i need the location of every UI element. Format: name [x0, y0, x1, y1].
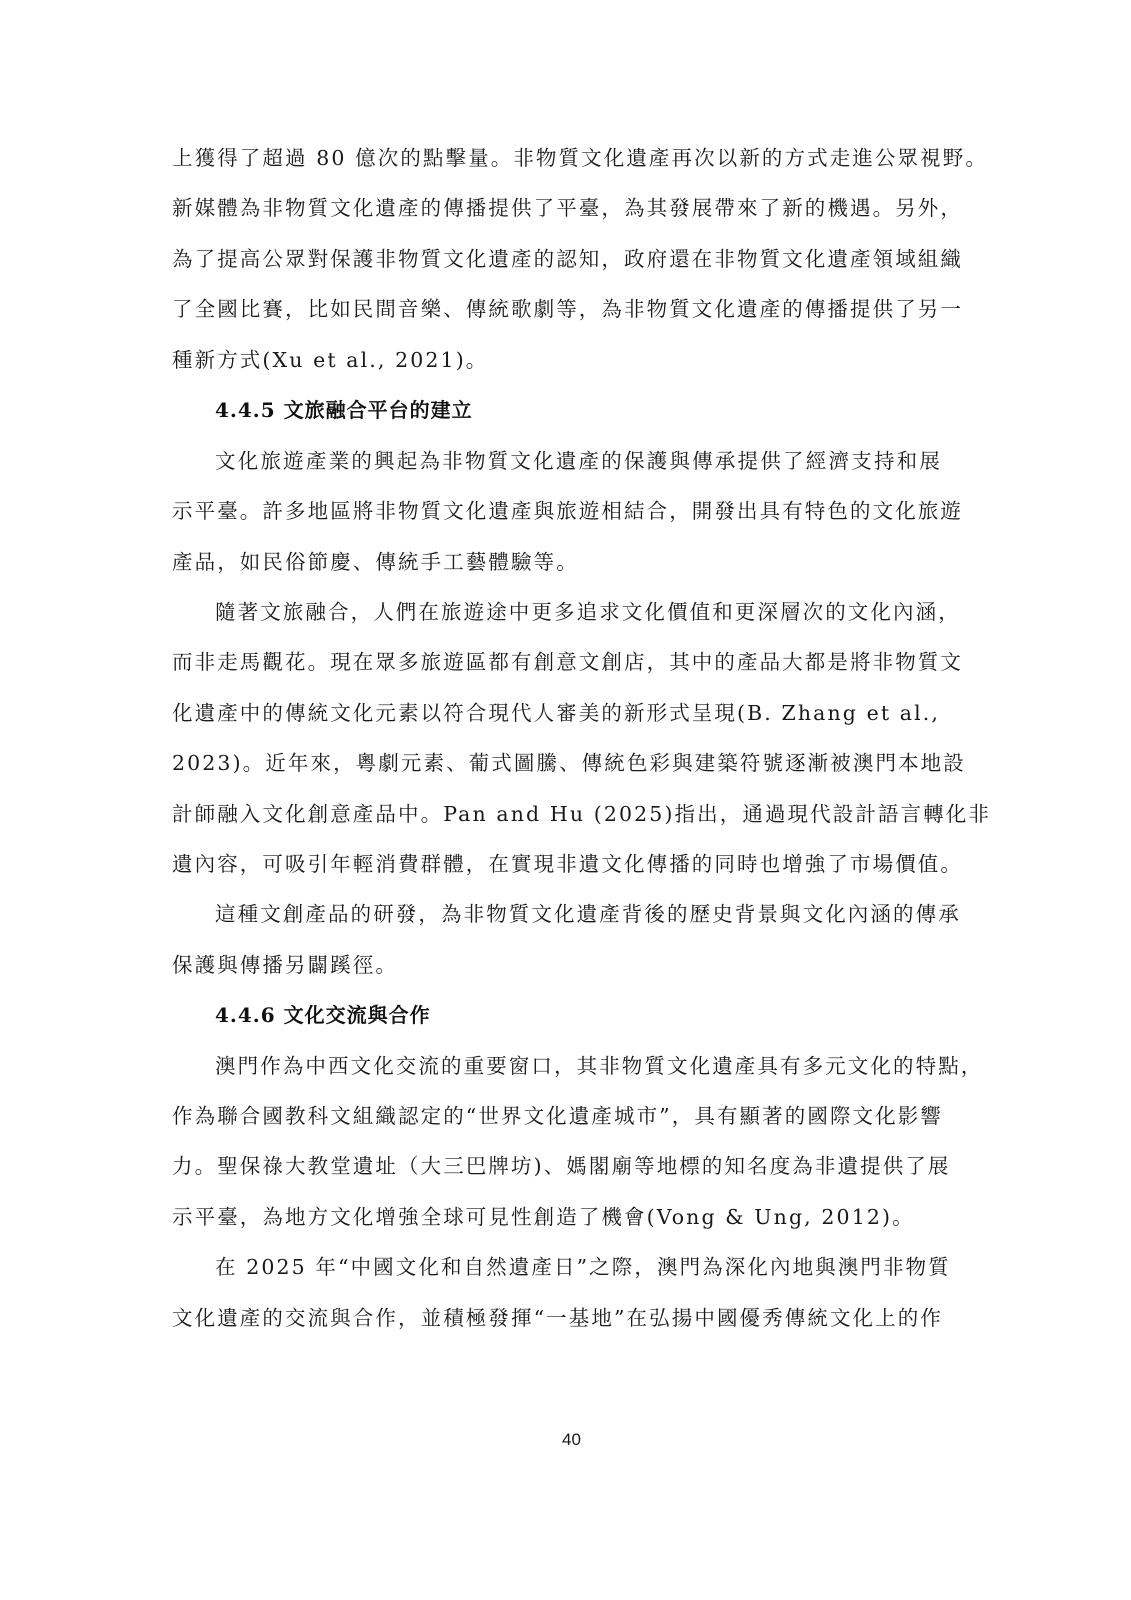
- body-text-line: 化遺產中的傳統文化元素以符合現代人審美的新形式呈現(B. Zhang et al…: [172, 696, 940, 730]
- body-text-line: 隨著文旅融合，人們在旅遊途中更多追求文化價值和更深層次的文化內涵，: [215, 595, 942, 629]
- body-text-line: 示平臺，為地方文化增強全球可見性創造了機會(Vong & Ung, 2012)。: [172, 1200, 915, 1234]
- section-heading-4-4-5: 4.4.5 文旅融合平台的建立: [215, 393, 473, 427]
- body-text-line: 這種文創產品的研發，為非物質文化遺產背後的歷史背景與文化內涵的傳承: [215, 897, 942, 931]
- body-text-line: 了全國比賽，比如民間音樂、傳統歌劇等，為非物質文化遺產的傳播提供了另一: [172, 292, 942, 326]
- body-text-line: 計師融入文化創意產品中。Pan and Hu (2025)指出，通過現代設計語言…: [172, 797, 942, 831]
- body-text-line: 在 2025 年“中國文化和自然遺產日”之際，澳門為深化內地與澳門非物質: [215, 1250, 942, 1284]
- body-text-line: 作為聯合國教科文組織認定的“世界文化遺產城市”，具有顯著的國際文化影響: [172, 1099, 942, 1133]
- body-text-line: 2023)。近年來，粵劇元素、葡式圖騰、傳統色彩與建築符號逐漸被澳門本地設: [172, 746, 942, 780]
- body-text-line: 上獲得了超過 80 億次的點擊量。非物質文化遺產再次以新的方式走進公眾視野。: [172, 141, 942, 175]
- body-text-line: 新媒體為非物質文化遺產的傳播提供了平臺，為其發展帶來了新的機遇。另外，: [172, 191, 942, 225]
- body-text-line: 文化遺產的交流與合作，並積極發揮“一基地”在弘揚中國優秀傳統文化上的作: [172, 1301, 942, 1335]
- page-number: 40: [0, 1430, 1131, 1450]
- body-text-line: 為了提高公眾對保護非物質文化遺產的認知，政府還在非物質文化遺產領域組織: [172, 242, 942, 276]
- body-text-line: 示平臺。許多地區將非物質文化遺產與旅遊相結合，開發出具有特色的文化旅遊: [172, 494, 942, 528]
- body-text-line: 而非走馬觀花。現在眾多旅遊區都有創意文創店，其中的產品大都是將非物質文: [172, 645, 942, 679]
- body-text-line: 文化旅遊產業的興起為非物質文化遺產的保護與傳承提供了經濟支持和展: [215, 444, 942, 478]
- body-text-line: 遺內容，可吸引年輕消費群體，在實現非遺文化傳播的同時也增強了市場價值。: [172, 847, 942, 881]
- body-text-line: 澳門作為中西文化交流的重要窗口，其非物質文化遺產具有多元文化的特點，: [215, 1049, 942, 1083]
- document-page: 上獲得了超過 80 億次的點擊量。非物質文化遺產再次以新的方式走進公眾視野。 新…: [0, 0, 1131, 1600]
- body-text-line: 保護與傳播另闢蹊徑。: [172, 948, 398, 982]
- body-text-line: 種新方式(Xu et al., 2021)。: [172, 343, 488, 377]
- body-text-line: 產品，如民俗節慶、傳統手工藝體驗等。: [172, 545, 579, 579]
- section-heading-4-4-6: 4.4.6 文化交流與合作: [215, 998, 431, 1032]
- body-text-line: 力。聖保祿大教堂遺址（大三巴牌坊)、媽閣廟等地標的知名度為非遺提供了展: [172, 1149, 942, 1183]
